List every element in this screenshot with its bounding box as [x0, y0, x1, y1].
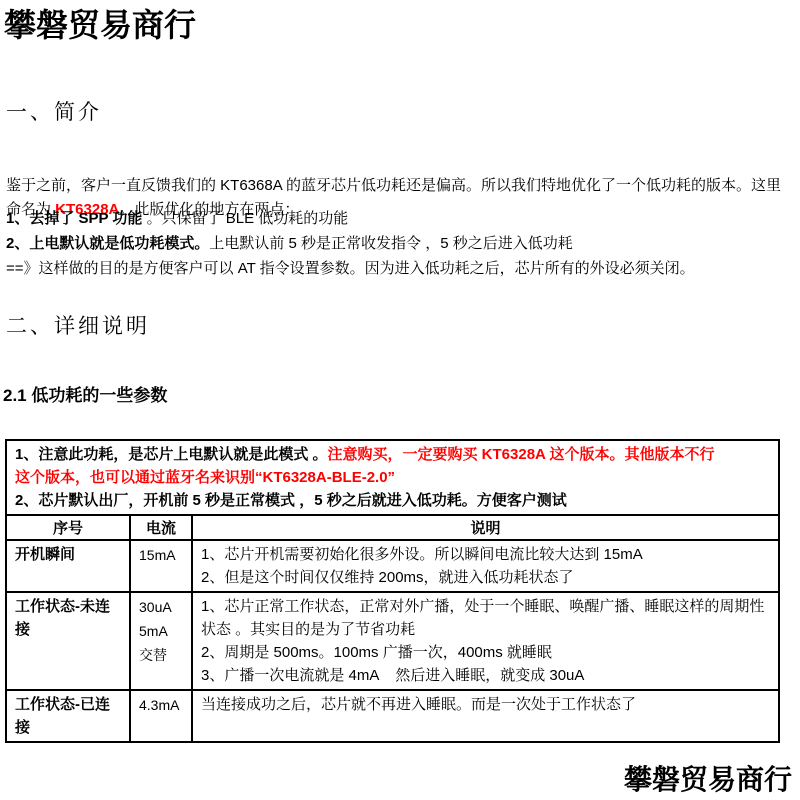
current-value: 5mA 交替: [139, 619, 183, 667]
column-header-desc: 说明: [192, 515, 779, 540]
intro-list: 1、去掉了 SPP 功能 。只保留了 BLE 低功耗的功能 2、上电默认就是低功…: [6, 206, 794, 281]
row-name: 开机瞬间: [6, 540, 130, 592]
table-row-working-unconnected: 工作状态-未连接 30uA 5mA 交替 1、芯片正常工作状态，正常对外广播，处…: [6, 592, 779, 690]
note-line-3: 2、芯片默认出厂，开机前 5 秒是正常模式 ，5 秒之后就进入低功耗。方便客户测…: [15, 489, 770, 512]
row-current: 30uA 5mA 交替: [130, 592, 192, 690]
description-line: 当连接成功之后，芯片就不再进入睡眠。而是一次处于工作状态了: [201, 693, 770, 716]
row-description: 当连接成功之后，芯片就不再进入睡眠。而是一次处于工作状态了: [192, 690, 779, 742]
intro-list-item-3: ==》这样做的目的是方便客户可以 AT 指令设置参数。因为进入低功耗之后，芯片所…: [6, 256, 794, 281]
section-heading-intro: 一、简介: [6, 96, 102, 126]
row-description: 1、芯片正常工作状态，正常对外广播，处于一个睡眠、唤醒广播、睡眠这样的周期性状态…: [192, 592, 779, 690]
intro-item-1-rest: 。只保留了 BLE 低功耗的功能: [142, 210, 348, 227]
current-value: 30uA: [139, 595, 183, 619]
current-value: 4.3mA: [139, 693, 183, 717]
row-description: 1、芯片开机需要初始化很多外设。所以瞬间电流比较大达到 15mA 2、但是这个时…: [192, 540, 779, 592]
table-header-row: 序号 电流 说明: [6, 515, 779, 540]
document-title: 攀磐贸易商行: [4, 0, 196, 46]
table-row-working-connected: 工作状态-已连接 4.3mA 当连接成功之后，芯片就不再进入睡眠。而是一次处于工…: [6, 690, 779, 742]
row-name: 工作状态-未连接: [6, 592, 130, 690]
note-line-1-red: 注意购买，一定要购买 KT6328A 这个版本。其他版本不行: [328, 446, 715, 463]
description-line: 2、周期是 500ms。100ms 广播一次，400ms 就睡眠: [201, 641, 770, 664]
section-heading-detail: 二、详细说明: [6, 310, 150, 340]
table-notes-row: 1、注意此功耗，是芯片上电默认就是此模式 。注意购买，一定要购买 KT6328A…: [6, 440, 779, 515]
description-line: 1、芯片正常工作状态，正常对外广播，处于一个睡眠、唤醒广播、睡眠这样的周期性状态…: [201, 595, 770, 641]
description-line: 3、广播一次电流就是 4mA 然后进入睡眠，就变成 30uA: [201, 664, 770, 687]
note-line-1: 1、注意此功耗，是芯片上电默认就是此模式 。注意购买，一定要购买 KT6328A…: [15, 443, 770, 466]
row-name: 工作状态-已连接: [6, 690, 130, 742]
intro-item-2-bold: 2、上电默认就是低功耗模式。: [6, 235, 209, 252]
current-value: 15mA: [139, 543, 183, 567]
low-power-params-table: 1、注意此功耗，是芯片上电默认就是此模式 。注意购买，一定要购买 KT6328A…: [5, 439, 780, 743]
intro-item-2-rest: 上电默认前 5 秒是正常收发指令 ，5 秒之后进入低功耗: [209, 235, 572, 252]
footer-company-name: 攀磐贸易商行: [624, 758, 792, 798]
intro-list-item-2: 2、上电默认就是低功耗模式。上电默认前 5 秒是正常收发指令 ，5 秒之后进入低…: [6, 231, 794, 256]
description-line: 1、芯片开机需要初始化很多外设。所以瞬间电流比较大达到 15mA: [201, 543, 770, 566]
description-line: 2、但是这个时间仅仅维持 200ms，就进入低功耗状态了: [201, 566, 770, 589]
column-header-current: 电流: [130, 515, 192, 540]
row-current: 4.3mA: [130, 690, 192, 742]
subsection-heading-params: 2.1 低功耗的一些参数: [3, 381, 167, 406]
note-line-1-black: 1、注意此功耗，是芯片上电默认就是此模式 。: [15, 446, 328, 463]
table-notes-cell: 1、注意此功耗，是芯片上电默认就是此模式 。注意购买，一定要购买 KT6328A…: [6, 440, 779, 515]
intro-list-item-1: 1、去掉了 SPP 功能 。只保留了 BLE 低功耗的功能: [6, 206, 794, 231]
column-header-index: 序号: [6, 515, 130, 540]
row-current: 15mA: [130, 540, 192, 592]
table-row-power-on: 开机瞬间 15mA 1、芯片开机需要初始化很多外设。所以瞬间电流比较大达到 15…: [6, 540, 779, 592]
intro-item-1-bold: 1、去掉了 SPP 功能: [6, 210, 142, 227]
note-line-2: 这个版本，也可以通过蓝牙名来识别“KT6328A-BLE-2.0”: [15, 466, 770, 489]
